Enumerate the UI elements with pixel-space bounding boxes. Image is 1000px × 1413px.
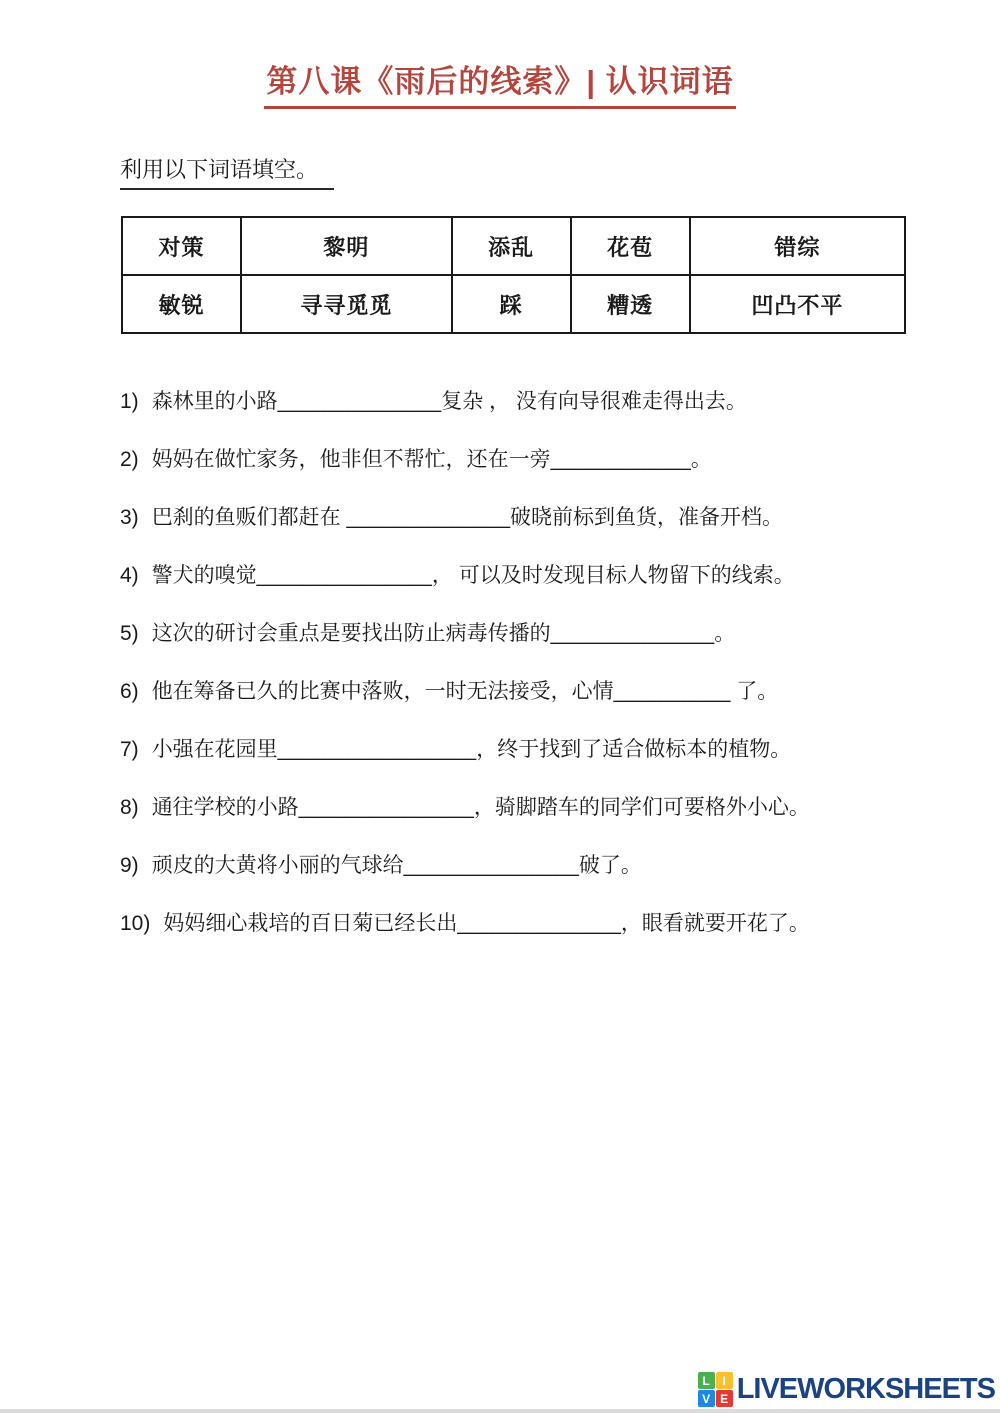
- sentence-number: 2): [120, 444, 139, 475]
- liveworksheets-wordmark: LIVEWORKSHEETS: [737, 1373, 995, 1406]
- sentence-number: 3): [120, 502, 139, 533]
- sentence-item: 2) 妈妈在做忙家务，他非但不帮忙，还在一旁____________。: [120, 444, 910, 475]
- logo-letter-i: I: [716, 1372, 733, 1389]
- sentence-item: 5) 这次的研讨会重点是要找出防止病毒传播的______________。: [120, 618, 910, 649]
- sentence-item: 9) 顽皮的大黄将小丽的气球给_______________破了。: [120, 850, 910, 881]
- sentence-item: 4) 警犬的嗅觉_______________， 可以及时发现目标人物留下的线索…: [120, 560, 910, 591]
- sentence-item: 3) 巴刹的鱼贩们都赶在 ______________破晓前标到鱼货，准备开档。: [120, 502, 910, 533]
- word-bank-cell: 敏锐: [122, 275, 241, 333]
- sentence-list: 1) 森林里的小路______________复杂 ， 没有向导很难走得出去。 …: [120, 386, 910, 939]
- word-bank-cell: 添乱: [452, 217, 571, 275]
- word-bank-row: 对策 黎明 添乱 花苞 错综: [122, 217, 905, 275]
- page-bottom-edge: [0, 1409, 1000, 1413]
- sentence-item: 8) 通往学校的小路_______________，骑脚踏车的同学们可要格外小心…: [120, 792, 910, 823]
- word-bank-cell: 对策: [122, 217, 241, 275]
- liveworksheets-footer: L I V E LIVEWORKSHEETS: [698, 1372, 995, 1407]
- sentence-item: 10) 妈妈细心栽培的百日菊已经长出______________，眼看就要开花了…: [120, 908, 910, 939]
- sentence-text: 小强在花园里_________________，终于找到了适合做标本的植物。: [152, 734, 792, 765]
- word-bank-cell: 踩: [452, 275, 571, 333]
- sentence-text: 森林里的小路______________复杂 ， 没有向导很难走得出去。: [152, 386, 747, 417]
- sentence-text: 妈妈细心栽培的百日菊已经长出______________，眼看就要开花了。: [163, 908, 810, 939]
- sentence-number: 5): [120, 618, 139, 649]
- page-header: 第八课《雨后的线索》| 认识词语: [0, 56, 1000, 109]
- word-bank-cell: 寻寻觅觅: [241, 275, 452, 333]
- logo-letter-e: E: [716, 1390, 733, 1407]
- sentence-number: 1): [120, 386, 139, 417]
- sentence-number: 10): [120, 908, 150, 939]
- sentence-number: 8): [120, 792, 139, 823]
- word-bank-cell: 糟透: [571, 275, 690, 333]
- sentence-item: 6) 他在筹备已久的比赛中落败，一时无法接受，心情__________ 了。: [120, 676, 910, 707]
- logo-letter-v: V: [698, 1390, 715, 1407]
- sentence-number: 7): [120, 734, 139, 765]
- sentence-text: 这次的研讨会重点是要找出防止病毒传播的______________。: [152, 618, 736, 649]
- sentence-text: 妈妈在做忙家务，他非但不帮忙，还在一旁____________。: [152, 444, 712, 475]
- logo-letter-l: L: [698, 1372, 715, 1389]
- instruction-text: 利用以下词语填空。: [120, 153, 334, 190]
- sentence-number: 6): [120, 676, 139, 707]
- word-bank-row: 敏锐 寻寻觅觅 踩 糟透 凹凸不平: [122, 275, 905, 333]
- liveworksheets-logo-icon: L I V E: [698, 1372, 733, 1407]
- sentence-text: 通往学校的小路_______________，骑脚踏车的同学们可要格外小心。: [152, 792, 810, 823]
- sentence-number: 4): [120, 560, 139, 591]
- sentence-item: 1) 森林里的小路______________复杂 ， 没有向导很难走得出去。: [120, 386, 910, 417]
- word-bank-cell: 黎明: [241, 217, 452, 275]
- sentence-text: 巴刹的鱼贩们都赶在 ______________破晓前标到鱼货，准备开档。: [152, 502, 783, 533]
- word-bank-cell: 凹凸不平: [690, 275, 905, 333]
- word-bank-cell: 花苞: [571, 217, 690, 275]
- instruction-wrap: 利用以下词语填空。: [120, 153, 1000, 190]
- sentence-item: 7) 小强在花园里_________________，终于找到了适合做标本的植物…: [120, 734, 910, 765]
- sentence-number: 9): [120, 850, 139, 881]
- word-bank-cell: 错综: [690, 217, 905, 275]
- word-bank-table: 对策 黎明 添乱 花苞 错综 敏锐 寻寻觅觅 踩 糟透 凹凸不平: [121, 216, 906, 334]
- sentence-text: 警犬的嗅觉_______________， 可以及时发现目标人物留下的线索。: [152, 560, 795, 591]
- page-title: 第八课《雨后的线索》| 认识词语: [264, 56, 735, 109]
- sentence-text: 他在筹备已久的比赛中落败，一时无法接受，心情__________ 了。: [152, 676, 779, 707]
- sentence-text: 顽皮的大黄将小丽的气球给_______________破了。: [152, 850, 642, 881]
